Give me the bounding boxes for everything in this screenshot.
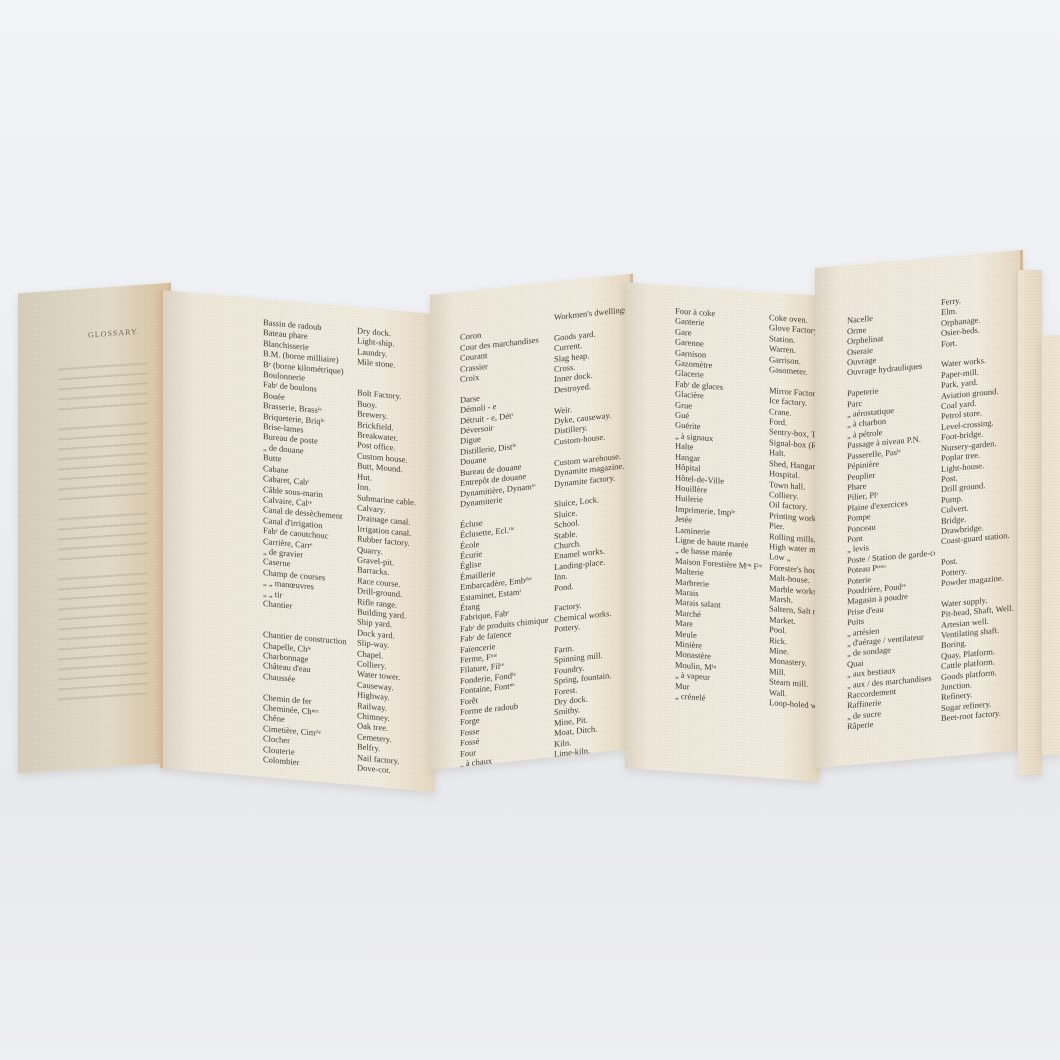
english-term (548, 395, 554, 406)
english-term (935, 547, 941, 558)
folded-edge-strip-back (1042, 335, 1060, 755)
glossary-page-c: Workmen's dwellings.CoronCour des marcha… (430, 274, 633, 770)
entry-list: Four à cokeCoke oven.GanterieGlove Facto… (675, 305, 820, 712)
english-term (935, 588, 941, 599)
entry-list: Ferry.NacelleElm.OrmeOrphanage.Orphelina… (847, 291, 1014, 732)
glossary-panel: GLOSSARY. (18, 283, 171, 774)
english-term (548, 447, 554, 458)
glossary-title: GLOSSARY. (88, 327, 140, 340)
english-term (763, 374, 769, 385)
english-term (548, 635, 554, 646)
english-term (935, 349, 941, 360)
glossary-page-e: Ferry.NacelleElm.OrmeOrphanage.Orphelina… (815, 250, 1023, 768)
entry-list: Workmen's dwellings.CoronCour des marcha… (460, 304, 629, 769)
glossary-page-b: Bassin de radoubDry dock.Bateau phareLig… (160, 290, 435, 792)
entry-list: Bassin de radoubDry dock.Bateau phareLig… (263, 317, 416, 778)
english-term (351, 377, 357, 388)
english-term (548, 593, 554, 604)
english-term: Dove-cot. (351, 762, 391, 776)
glossary-faded-text (58, 354, 148, 708)
english-term (548, 489, 554, 500)
glossary-page-d: Four à cokeCoke oven.GanterieGlove Facto… (625, 282, 820, 782)
english-term (351, 366, 357, 377)
folded-edge-strip (1018, 270, 1042, 775)
english-term (548, 322, 554, 333)
english-term: Fort. (935, 337, 957, 349)
